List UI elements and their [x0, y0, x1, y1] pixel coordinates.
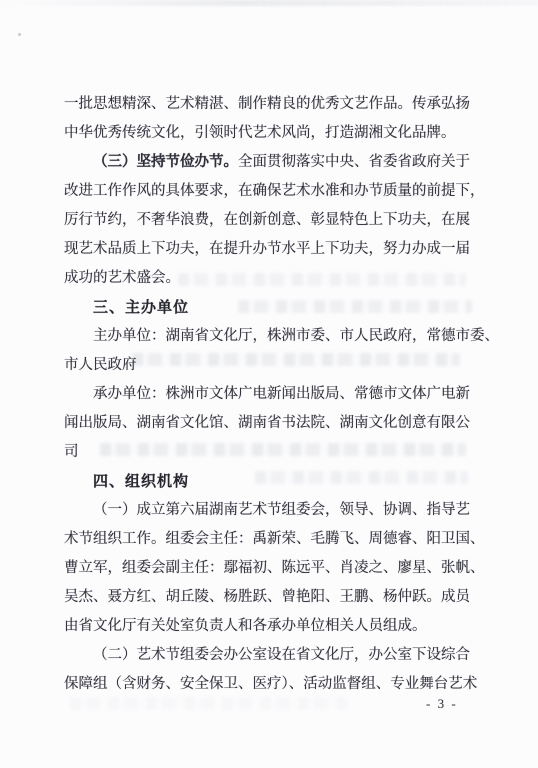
page-number: - 3 - [426, 696, 458, 712]
text-line: 三、主办单位 [64, 293, 488, 322]
document-page: 一批思想精深、艺术精湛、制作精良的优秀文艺作品。传承弘扬中华优秀传统文化，引领时… [0, 0, 538, 768]
scan-smudge-top [0, 0, 538, 6]
text-line: 四、组织机构 [64, 467, 488, 496]
text-segment: 术节组织工作。组委会主任：禹新荣、毛腾飞、周德睿、阳卫国、 [64, 531, 485, 547]
text-line: 术节组织工作。组委会主任：禹新荣、毛腾飞、周德睿、阳卫国、 [64, 525, 488, 554]
scan-speck [18, 33, 21, 36]
text-segment: 成功的艺术盛会。 [64, 270, 180, 286]
text-line: 曹立军，组委会副主任：鄢福初、陈远平、肖凌之、廖星、张帆、 [64, 554, 488, 583]
text-segment: 中华优秀传统文化，引领时代艺术风尚，打造湖湘文化品牌。 [64, 125, 456, 141]
text-line: 吴杰、聂方红、胡丘陵、杨胜跃、曾艳阳、王鹏、杨仲跃。成员 [64, 583, 488, 612]
text-segment: （三）坚持节俭办节。 [93, 154, 238, 170]
text-segment: 改进工作作风的具体要求，在确保艺术水准和办节质量的前提下， [64, 183, 485, 199]
text-line: 保障组（含财务、安全保卫、医疗）、活动监督组、专业舞台艺术 [64, 670, 488, 699]
text-line: （一）成立第六届湖南艺术节组委会，领导、协调、指导艺 [64, 496, 488, 525]
text-line: 一批思想精深、艺术精湛、制作精良的优秀文艺作品。传承弘扬 [64, 90, 488, 119]
text-line: 主办单位：湖南省文化厅，株洲市委、市人民政府，常德市委、 [64, 322, 488, 351]
text-line: 市人民政府 [64, 351, 488, 380]
text-segment: （一）成立第六届湖南艺术节组委会，领导、协调、指导艺 [93, 502, 470, 518]
text-segment: 一批思想精深、艺术精湛、制作精良的优秀文艺作品。传承弘扬 [64, 96, 470, 112]
text-segment: 吴杰、聂方红、胡丘陵、杨胜跃、曾艳阳、王鹏、杨仲跃。成员 [64, 589, 470, 605]
text-line: 司 [64, 438, 488, 467]
text-line: （三）坚持节俭办节。全面贯彻落实中央、省委省政府关于 [64, 148, 488, 177]
text-line: 闻出版局、湖南省文化馆、湖南省书法院、湖南文化创意有限公 [64, 409, 488, 438]
document-lines: 一批思想精深、艺术精湛、制作精良的优秀文艺作品。传承弘扬中华优秀传统文化，引领时… [64, 90, 488, 699]
section-heading: 三、主办单位 [93, 299, 189, 316]
text-line: 改进工作作风的具体要求，在确保艺术水准和办节质量的前提下， [64, 177, 488, 206]
text-line: 承办单位：株洲市文体广电新闻出版局、常德市文体广电新 [64, 380, 488, 409]
text-segment: 闻出版局、湖南省文化馆、湖南省书法院、湖南文化创意有限公 [64, 415, 470, 431]
text-segment: 现艺术品质上下功夫，在提升办节水平上下功夫，努力办成一届 [64, 241, 470, 257]
text-line: 现艺术品质上下功夫，在提升办节水平上下功夫，努力办成一届 [64, 235, 488, 264]
text-segment: 全面贯彻落实中央、省委省政府关于 [238, 154, 470, 170]
text-segment: 主办单位：湖南省文化厅，株洲市委、市人民政府，常德市委、 [93, 328, 499, 344]
text-line: 由省文化厅有关处室负责人和各承办单位相关人员组成。 [64, 612, 488, 641]
section-heading: 四、组织机构 [93, 473, 189, 490]
text-line: （二）艺术节组委会办公室设在省文化厅，办公室下设综合 [64, 641, 488, 670]
text-line: 中华优秀传统文化，引领时代艺术风尚，打造湖湘文化品牌。 [64, 119, 488, 148]
text-segment: 厉行节约，不奢华浪费，在创新创意、彰显特色上下功夫，在展 [64, 212, 470, 228]
text-segment: 司 [64, 444, 79, 460]
text-segment: 由省文化厅有关处室负责人和各承办单位相关人员组成。 [64, 618, 427, 634]
text-line: 厉行节约，不奢华浪费，在创新创意、彰显特色上下功夫，在展 [64, 206, 488, 235]
text-segment: 市人民政府 [64, 357, 137, 373]
text-segment: 保障组（含财务、安全保卫、医疗）、活动监督组、专业舞台艺术 [64, 676, 477, 692]
text-segment: 曹立军，组委会副主任：鄢福初、陈远平、肖凌之、廖星、张帆、 [64, 560, 485, 576]
text-segment: 承办单位：株洲市文体广电新闻出版局、常德市文体广电新 [93, 386, 470, 402]
text-segment: （二）艺术节组委会办公室设在省文化厅，办公室下设综合 [93, 647, 470, 663]
text-line: 成功的艺术盛会。 [64, 264, 488, 293]
